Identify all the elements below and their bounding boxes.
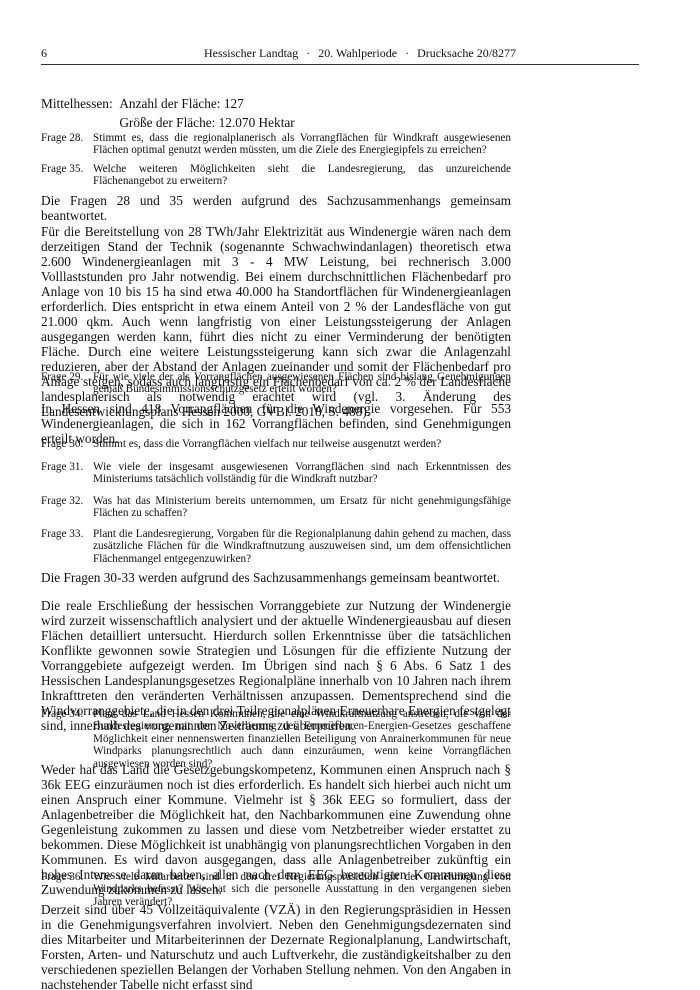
question-30: Frage 30. Stimmt es, dass die Vorrangflä… [41, 438, 511, 450]
question-33: Frage 33. Plant die Landesregierung, Vor… [41, 528, 511, 565]
question-29: Frage 29. Für wie viele der als Vorrangf… [41, 371, 511, 396]
question-number: Frage 28. [41, 132, 93, 157]
question-34: Frage 34. Plant das Land Hessen Kommunen… [41, 708, 511, 770]
header-separator: · [405, 46, 409, 61]
question-35: Frage 35. Welche weiteren Möglichkeiten … [41, 163, 511, 188]
question-number: Frage 29. [41, 371, 93, 396]
question-number: Frage 30. [41, 438, 93, 450]
question-number: Frage 33. [41, 528, 93, 565]
question-number: Frage 35. [41, 163, 93, 188]
answer-paragraph: Die Fragen 30-33 werden aufgrund des Sac… [41, 570, 511, 585]
running-header: 6 Hessischer Landtag·20. Wahlperiode·Dru… [41, 46, 639, 65]
question-31: Frage 31. Wie viele der insgesamt ausgew… [41, 461, 511, 486]
header-separator: · [306, 46, 310, 61]
question-28: Frage 28. Stimmt es, dass die regionalpl… [41, 132, 511, 157]
question-number: Frage 32. [41, 495, 93, 520]
question-text: Stimmt es, dass die regionalplanerisch a… [93, 132, 511, 157]
header-title: Hessischer Landtag·20. Wahlperiode·Druck… [41, 46, 639, 61]
header-period: 20. Wahlperiode [318, 46, 397, 60]
answer-paragraph: Derzeit sind über 45 Vollzeitäquivalente… [41, 902, 511, 990]
answer-paragraph: Die Fragen 28 und 35 werden aufgrund des… [41, 193, 511, 223]
question-number: Frage 34. [41, 708, 93, 770]
question-text: Welche weiteren Möglichkeiten sieht die … [93, 163, 511, 188]
question-text: Stimmt es, dass die Vorrangflächen vielf… [93, 438, 511, 450]
question-number: Frage 31. [41, 461, 93, 486]
header-publisher: Hessischer Landtag [204, 46, 298, 60]
region-summary: Mittelhessen: Anzahl der Fläche: 127 Grö… [41, 94, 295, 132]
question-text: Wie viele der insgesamt ausgewiesenen Vo… [93, 461, 511, 486]
question-text: Plant das Land Hessen Kommunen, die eine… [93, 708, 511, 770]
question-text: Plant die Landesregierung, Vorgaben für … [93, 528, 511, 565]
header-document-number: Drucksache 20/8277 [417, 46, 516, 60]
region-label: Mittelhessen: [41, 94, 116, 113]
region-area-count: Anzahl der Fläche: 127 [119, 94, 294, 113]
question-32: Frage 32. Was hat das Ministerium bereit… [41, 495, 511, 520]
region-area-size: Größe der Fläche: 12.070 Hektar [119, 113, 294, 132]
question-text: Für wie viele der als Vorrangflächen aus… [93, 371, 511, 396]
question-text: Was hat das Ministerium bereits unternom… [93, 495, 511, 520]
